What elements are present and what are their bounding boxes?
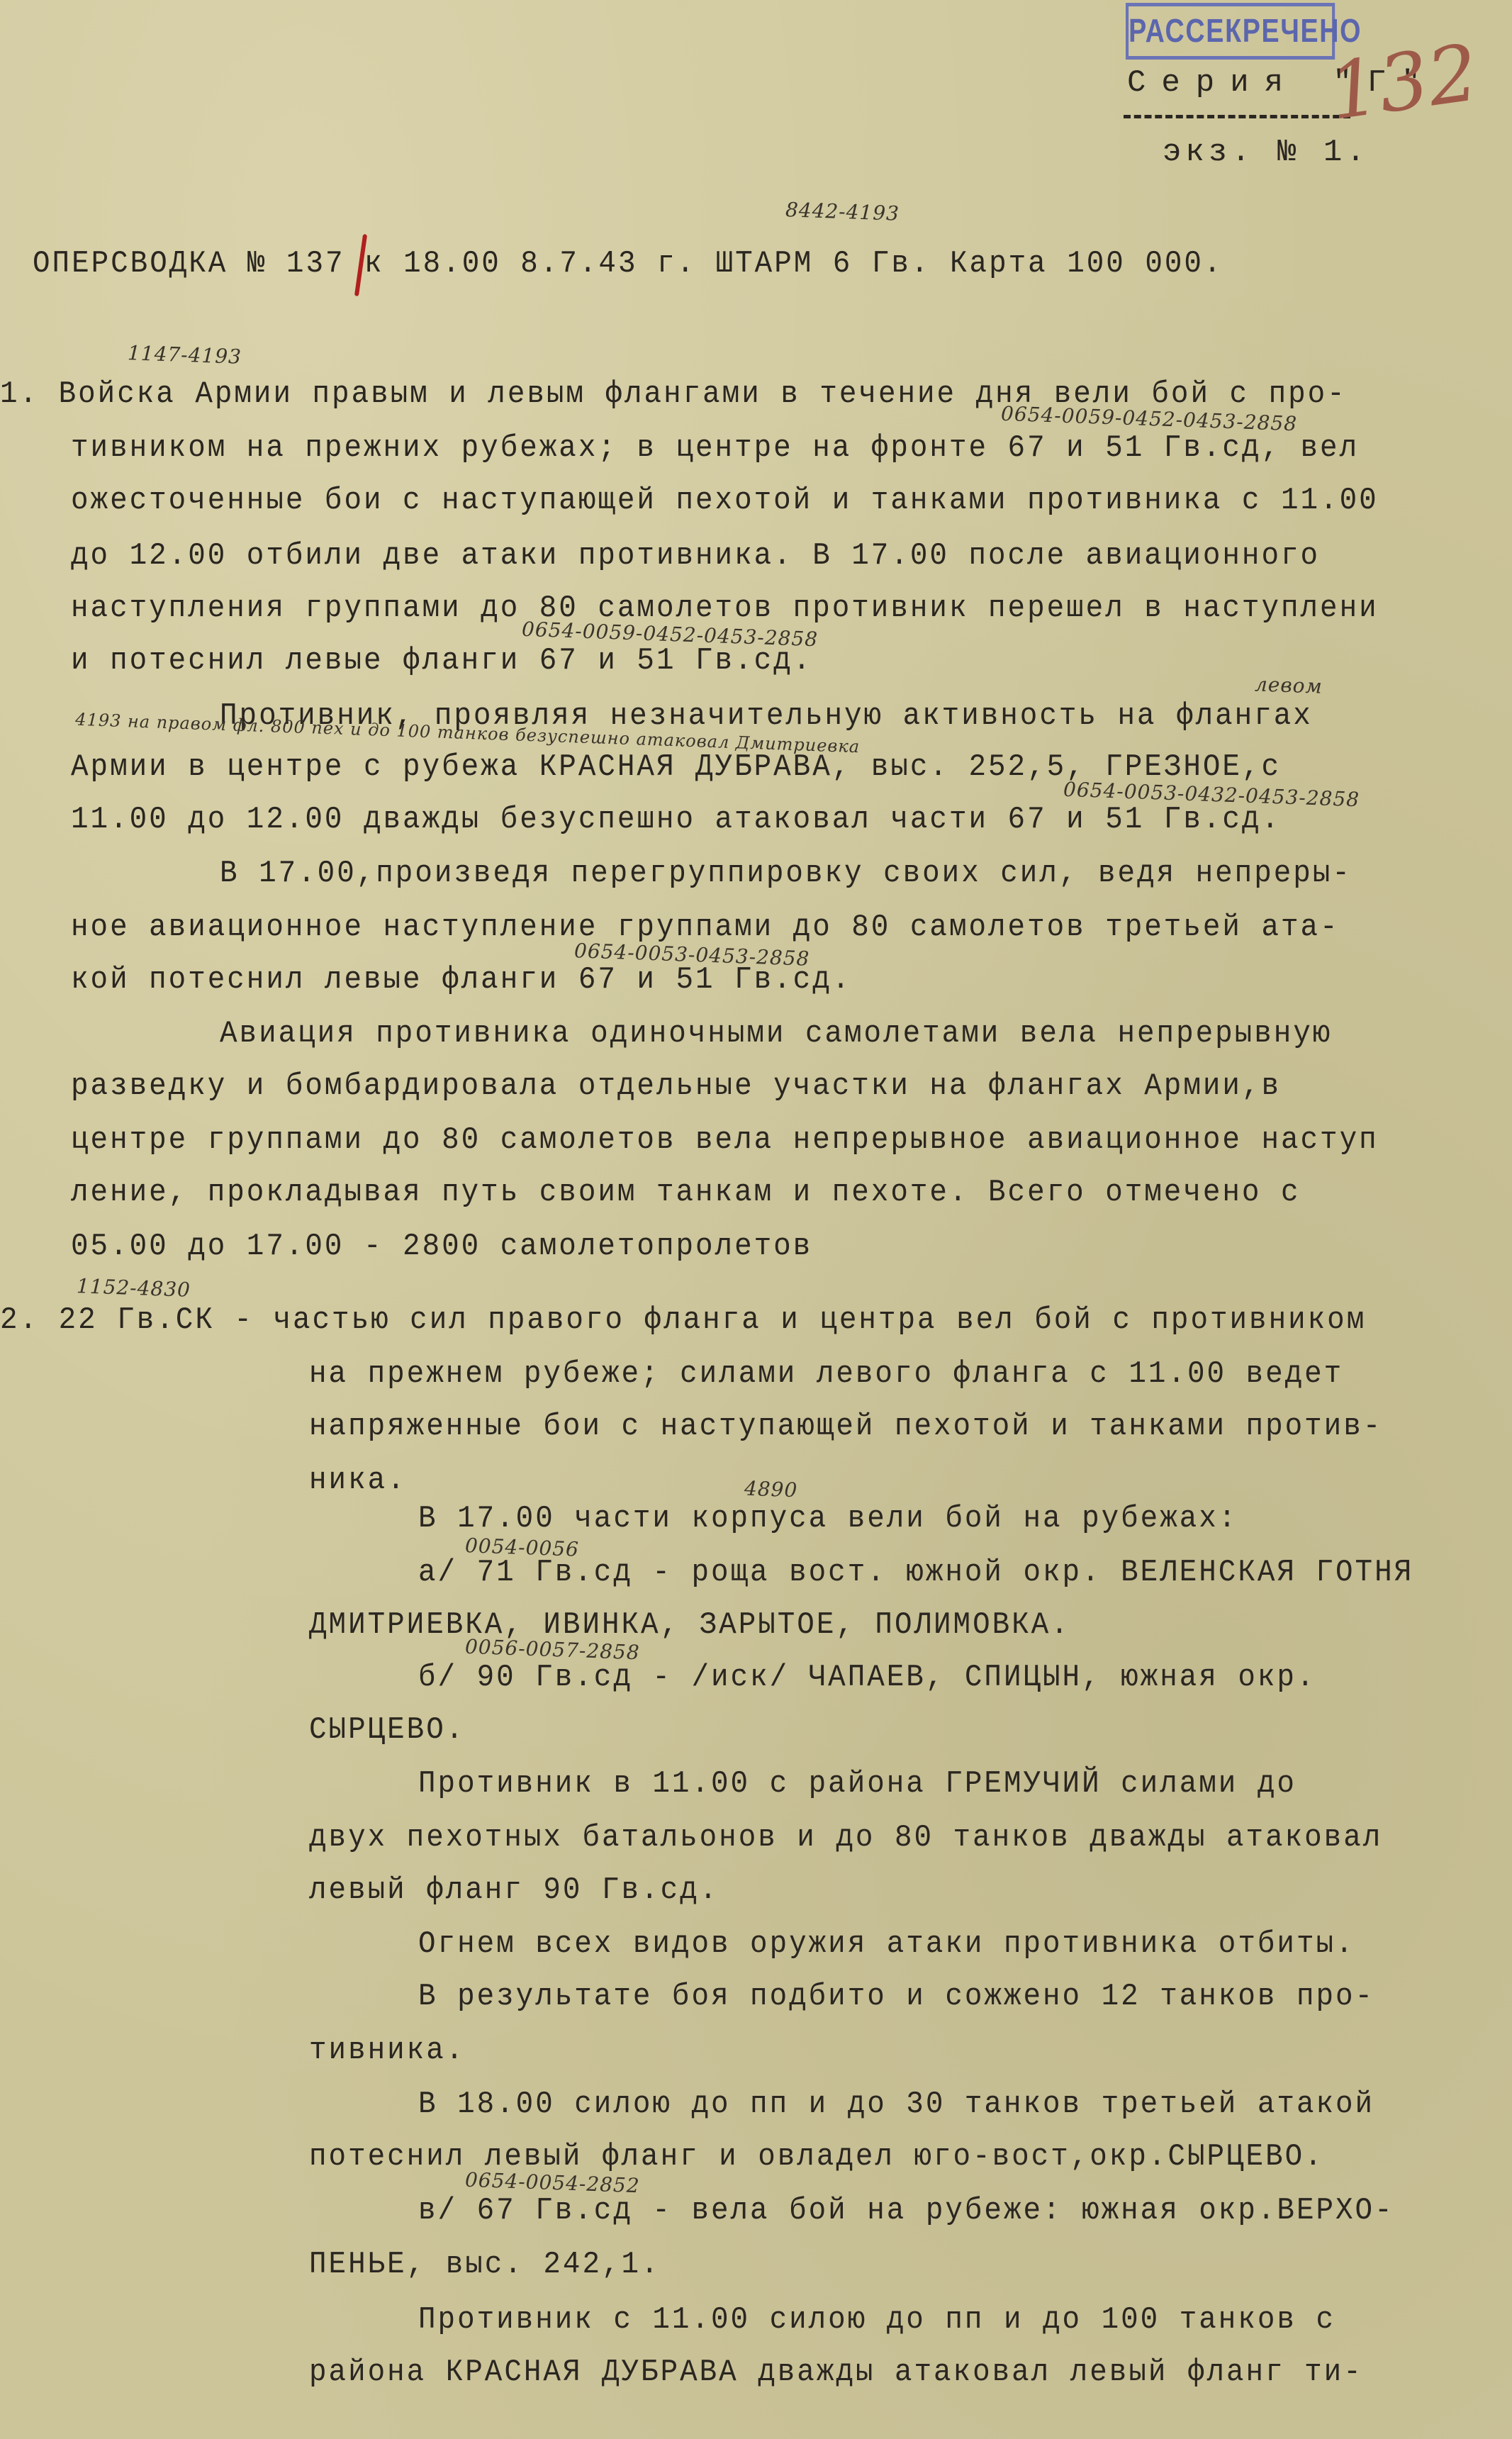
body-line: кой потеснил левые фланги 67 и 51 Гв.сд. xyxy=(71,964,851,995)
body-line: левый фланг 90 Гв.сд. xyxy=(309,1875,719,1906)
body-line: б/ 90 Гв.сд - /иск/ ЧАПАЕВ, СПИЦЫН, южна… xyxy=(418,1662,1316,1693)
body-line: наступления группами до 80 самолетов про… xyxy=(71,593,1379,624)
body-line: 11.00 до 12.00 дважды безуспешно атакова… xyxy=(71,804,1281,835)
body-line: ПЕНЬЕ, выс. 242,1. xyxy=(309,2249,661,2280)
body-line: напряженные бои с наступающей пехотой и … xyxy=(309,1411,1382,1442)
body-line: Противник с 11.00 силою до пп и до 100 т… xyxy=(418,2304,1335,2335)
body-line: В результате боя подбито и сожжено 12 та… xyxy=(418,1981,1374,2012)
body-line: тивника. xyxy=(309,2035,465,2066)
archival-document-page: РАССЕКРЕЧЕНО Серия "Г" экз. № 1. 132 844… xyxy=(0,0,1512,2439)
body-line: района КРАСНАЯ ДУБРАВА дважды атаковал л… xyxy=(309,2357,1363,2388)
body-line: СЫРЦЕВО. xyxy=(309,1714,465,1746)
body-line: тивником на прежних рубежах; в центре на… xyxy=(71,432,1359,464)
page-number-handwritten: 132 xyxy=(1323,27,1484,138)
body-line: и потеснил левые фланги 67 и 51 Гв.сд. xyxy=(71,645,812,676)
body-line: ожесточенные бои с наступающей пехотой и… xyxy=(71,485,1379,516)
body-line: 1. Войска Армии правым и левым флангами … xyxy=(0,379,1347,410)
body-line: в/ 67 Гв.сд - вела бой на рубеже: южная … xyxy=(418,2195,1394,2226)
body-line: двух пехотных батальонов и до 80 танков … xyxy=(309,1822,1382,1853)
body-line: на прежнем рубеже; силами левого фланга … xyxy=(309,1358,1343,1390)
body-line: потеснил левый фланг и овладел юго-вост,… xyxy=(309,2141,1324,2172)
body-line: 2. 22 Гв.СК - частью сил правого фланга … xyxy=(0,1305,1366,1336)
body-line: до 12.00 отбили две атаки противника. В … xyxy=(71,540,1320,571)
declassified-stamp: РАССЕКРЕЧЕНО xyxy=(1126,3,1335,60)
body-line: ное авиационное наступление группами до … xyxy=(71,912,1340,943)
annotation: 1147-4193 xyxy=(127,341,242,369)
annotation: 4890 xyxy=(744,1477,797,1502)
document-title: ОПЕРСВОДКА № 137 к 18.00 8.7.43 г. ШТАРМ… xyxy=(33,248,1223,279)
body-line: Огнем всех видов оружия атаки противника… xyxy=(418,1929,1355,1960)
body-line: разведку и бомбардировала отдельные учас… xyxy=(71,1071,1281,1102)
body-line: В 17.00 части корпуса вели бой на рубежа… xyxy=(418,1503,1238,1534)
series-divider xyxy=(1124,115,1350,118)
body-line: Авиация противника одиночными самолетами… xyxy=(220,1018,1332,1049)
body-line: Противник в 11.00 с района ГРЕМУЧИЙ сила… xyxy=(418,1768,1297,1799)
copy-number: экз. № 1. xyxy=(1163,135,1370,170)
body-line: В 17.00,произведя перегруппировку своих … xyxy=(220,858,1352,889)
body-line: Армии в центре с рубежа КРАСНАЯ ДУБРАВА,… xyxy=(71,752,1281,783)
annotation: левом xyxy=(1254,672,1323,698)
body-line: В 18.00 силою до пп и до 30 танков треть… xyxy=(418,2089,1374,2120)
body-line: ление, прокладывая путь своим танкам и п… xyxy=(71,1177,1301,1208)
body-line: а/ 71 Гв.сд - роща вост. южной окр. ВЕЛЕ… xyxy=(418,1557,1413,1588)
annotation: 1152-4830 xyxy=(76,1274,191,1302)
body-line: центре группами до 80 самолетов вела неп… xyxy=(71,1124,1379,1156)
body-line: 05.00 до 17.00 - 2800 самолетопролетов xyxy=(71,1231,812,1262)
handwritten-code: 8442-4193 xyxy=(785,198,900,225)
body-line: ника. xyxy=(309,1465,407,1496)
body-line: ДМИТРИЕВКА, ИВИНКА, ЗАРЫТОЕ, ПОЛИМОВКА. xyxy=(309,1609,1070,1641)
